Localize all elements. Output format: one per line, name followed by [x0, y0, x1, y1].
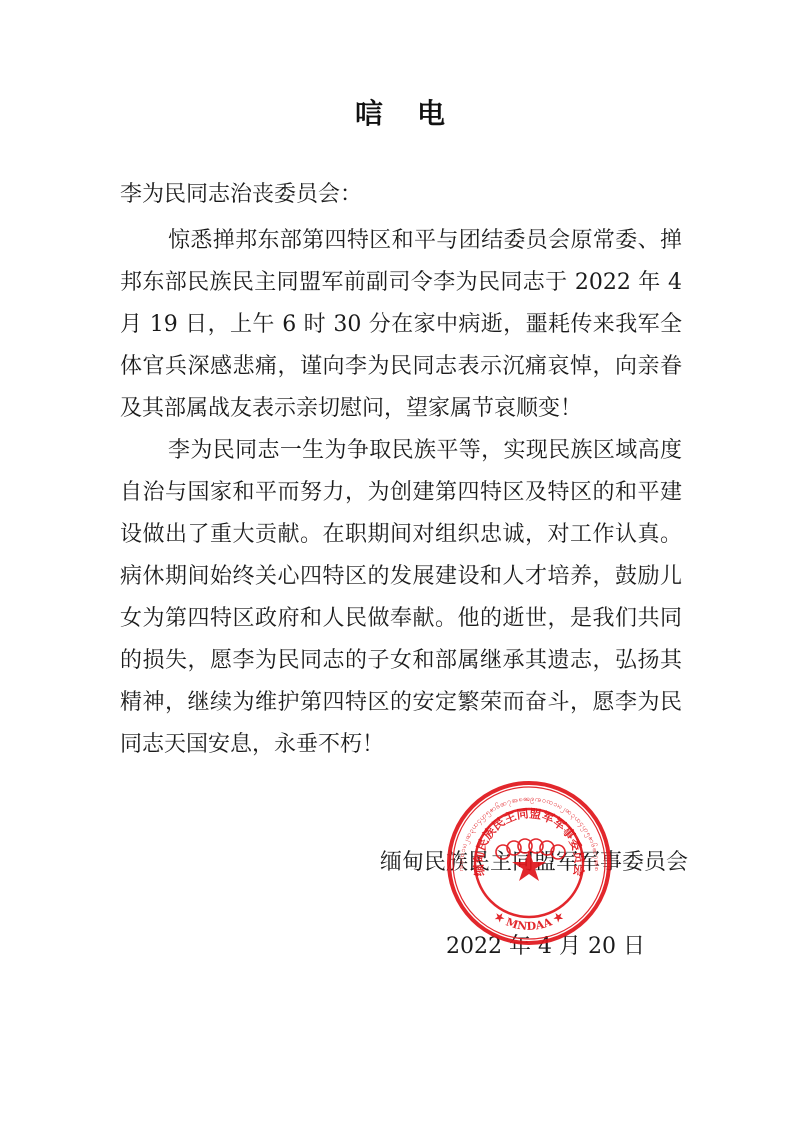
document-page: 唁电 李为民同志治丧委员会： 惊悉掸邦东部第四特区和平与团结委员会原常委、掸邦东… — [0, 0, 800, 1131]
signature-date: 2022 年 4 月 20 日 — [446, 932, 645, 962]
svg-text:★ MNDAA ★: ★ MNDAA ★ — [492, 909, 566, 933]
paragraph-condolence: 惊悉掸邦东部第四特区和平与团结委员会原常委、掸邦东部民族民主同盟军前副司令李为民… — [120, 220, 682, 430]
signature-organization: 缅甸民族民主同盟军军事委员会 — [380, 848, 688, 878]
salutation: 李为民同志治丧委员会： — [120, 180, 362, 210]
document-title: 唁电 — [0, 92, 800, 132]
paragraph-tribute: 李为民同志一生为争取民族平等，实现民族区域高度自治与国家和平而努力，为创建第四特… — [120, 430, 682, 766]
